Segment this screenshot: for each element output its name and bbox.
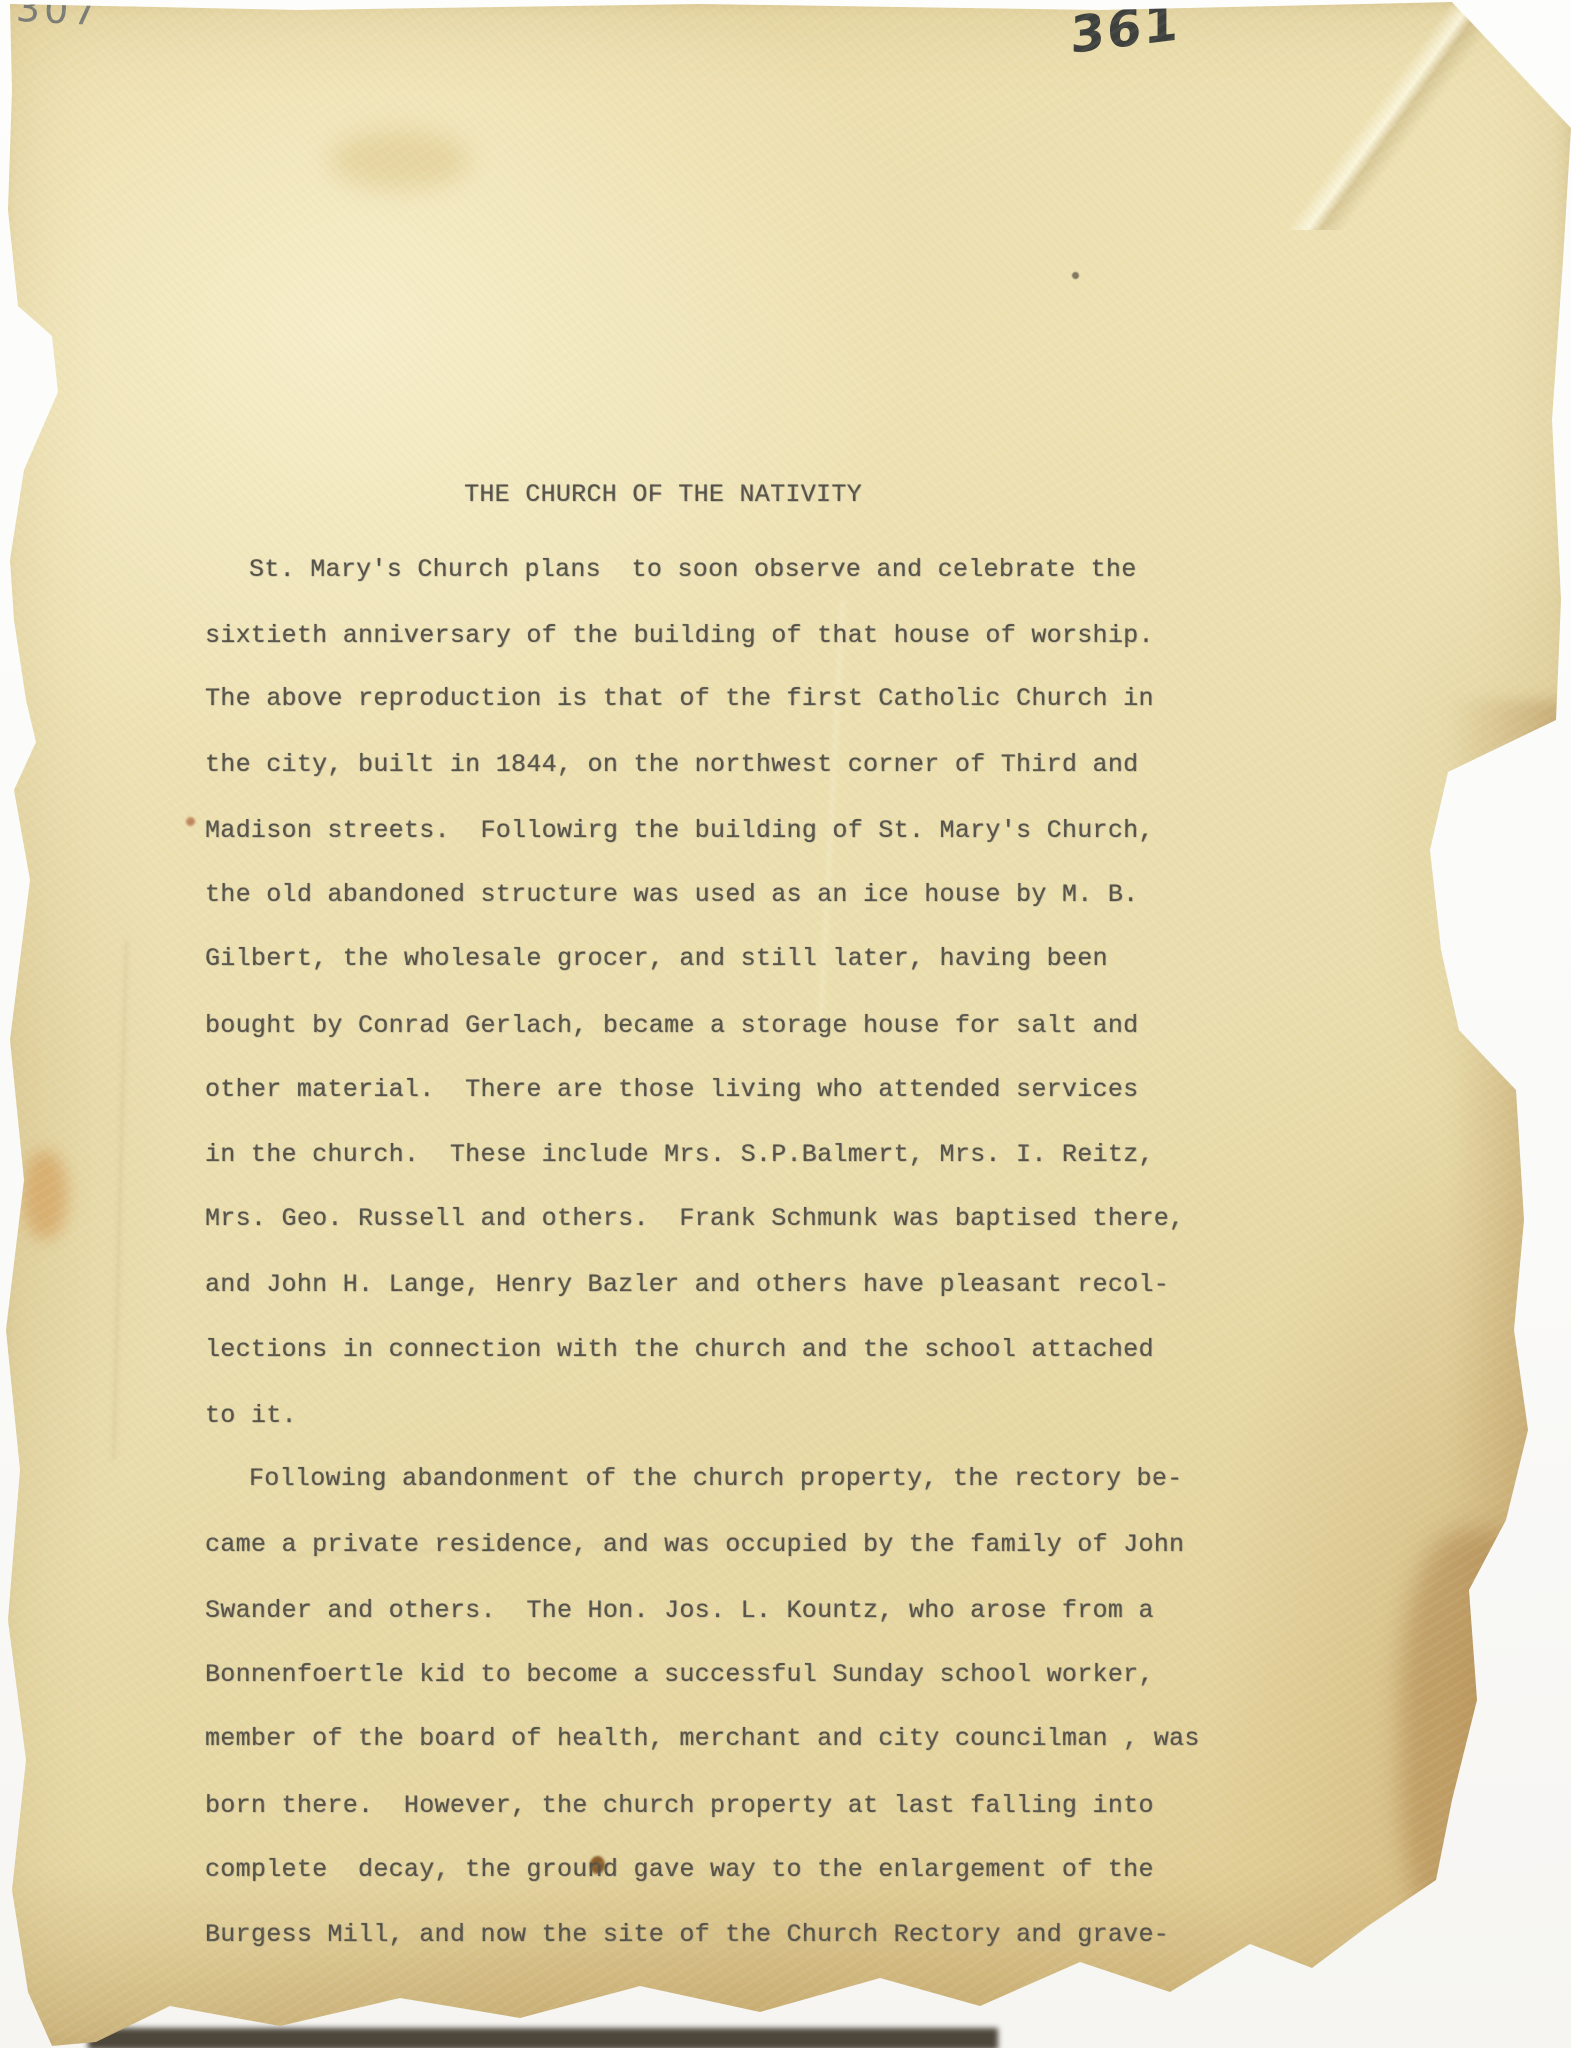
typed-line: Burgess Mill, and now the site of the Ch… bbox=[205, 1902, 1245, 1967]
typed-line: Swander and others. The Hon. Jos. L. Kou… bbox=[205, 1578, 1245, 1643]
typed-line: the old abandoned structure was used as … bbox=[205, 862, 1245, 927]
typed-line: St. Mary's Church plans to soon observe … bbox=[205, 537, 1245, 602]
typed-line: and John H. Lange, Henry Bazler and othe… bbox=[205, 1252, 1245, 1317]
typed-line: member of the board of health, merchant … bbox=[205, 1706, 1245, 1771]
typed-line: complete decay, the ground gave way to t… bbox=[205, 1837, 1245, 1902]
red-speck-stain bbox=[186, 817, 195, 826]
typed-line: to it. bbox=[205, 1383, 1245, 1448]
typed-line: Mrs. Geo. Russell and others. Frank Schm… bbox=[205, 1186, 1245, 1251]
typed-line: Madison streets. Followirg the building … bbox=[205, 798, 1245, 863]
vertical-crease bbox=[112, 940, 129, 1460]
right-edge-browning bbox=[1401, 700, 1571, 2048]
typed-line: sixtieth anniversary of the building of … bbox=[205, 603, 1245, 668]
typed-line: the city, built in 1844, on the northwes… bbox=[205, 732, 1245, 797]
document-title: THE CHURCH OF THE NATIVITY bbox=[143, 462, 1183, 527]
typed-line: in the church. These include Mrs. S.P.Ba… bbox=[205, 1122, 1245, 1187]
typed-line: born there. However, the church property… bbox=[205, 1773, 1245, 1838]
typed-text-block: THE CHURCH OF THE NATIVITY St. Mary's Ch… bbox=[205, 462, 1245, 1967]
top-right-fold-crease bbox=[1210, 0, 1571, 230]
paper-sheet: 307 361 THE CHURCH OF THE NATIVITY St. M… bbox=[0, 0, 1571, 2048]
typed-line: lections in connection with the church a… bbox=[205, 1317, 1245, 1382]
typed-line: bought by Conrad Gerlach, became a stora… bbox=[205, 993, 1245, 1058]
handwritten-page-number-right: 361 bbox=[1070, 0, 1180, 65]
dark-speck bbox=[1072, 272, 1079, 279]
scanned-document-photo: 307 361 THE CHURCH OF THE NATIVITY St. M… bbox=[0, 0, 1571, 2048]
typed-line: came a private residence, and was occupi… bbox=[205, 1512, 1245, 1577]
typed-line: The above reproduction is that of the fi… bbox=[205, 666, 1245, 731]
handwritten-page-number-left: 307 bbox=[15, 0, 102, 34]
backing-surface-shadow bbox=[88, 2028, 998, 2048]
top-left-discoloration bbox=[330, 130, 470, 190]
left-edge-stain bbox=[22, 1150, 68, 1240]
typed-line: Following abandonment of the church prop… bbox=[205, 1446, 1245, 1511]
typed-line: Bonnenfoertle kid to become a successful… bbox=[205, 1642, 1245, 1707]
typed-line: other material. There are those living w… bbox=[205, 1057, 1245, 1122]
typed-line: Gilbert, the wholesale grocer, and still… bbox=[205, 926, 1245, 991]
